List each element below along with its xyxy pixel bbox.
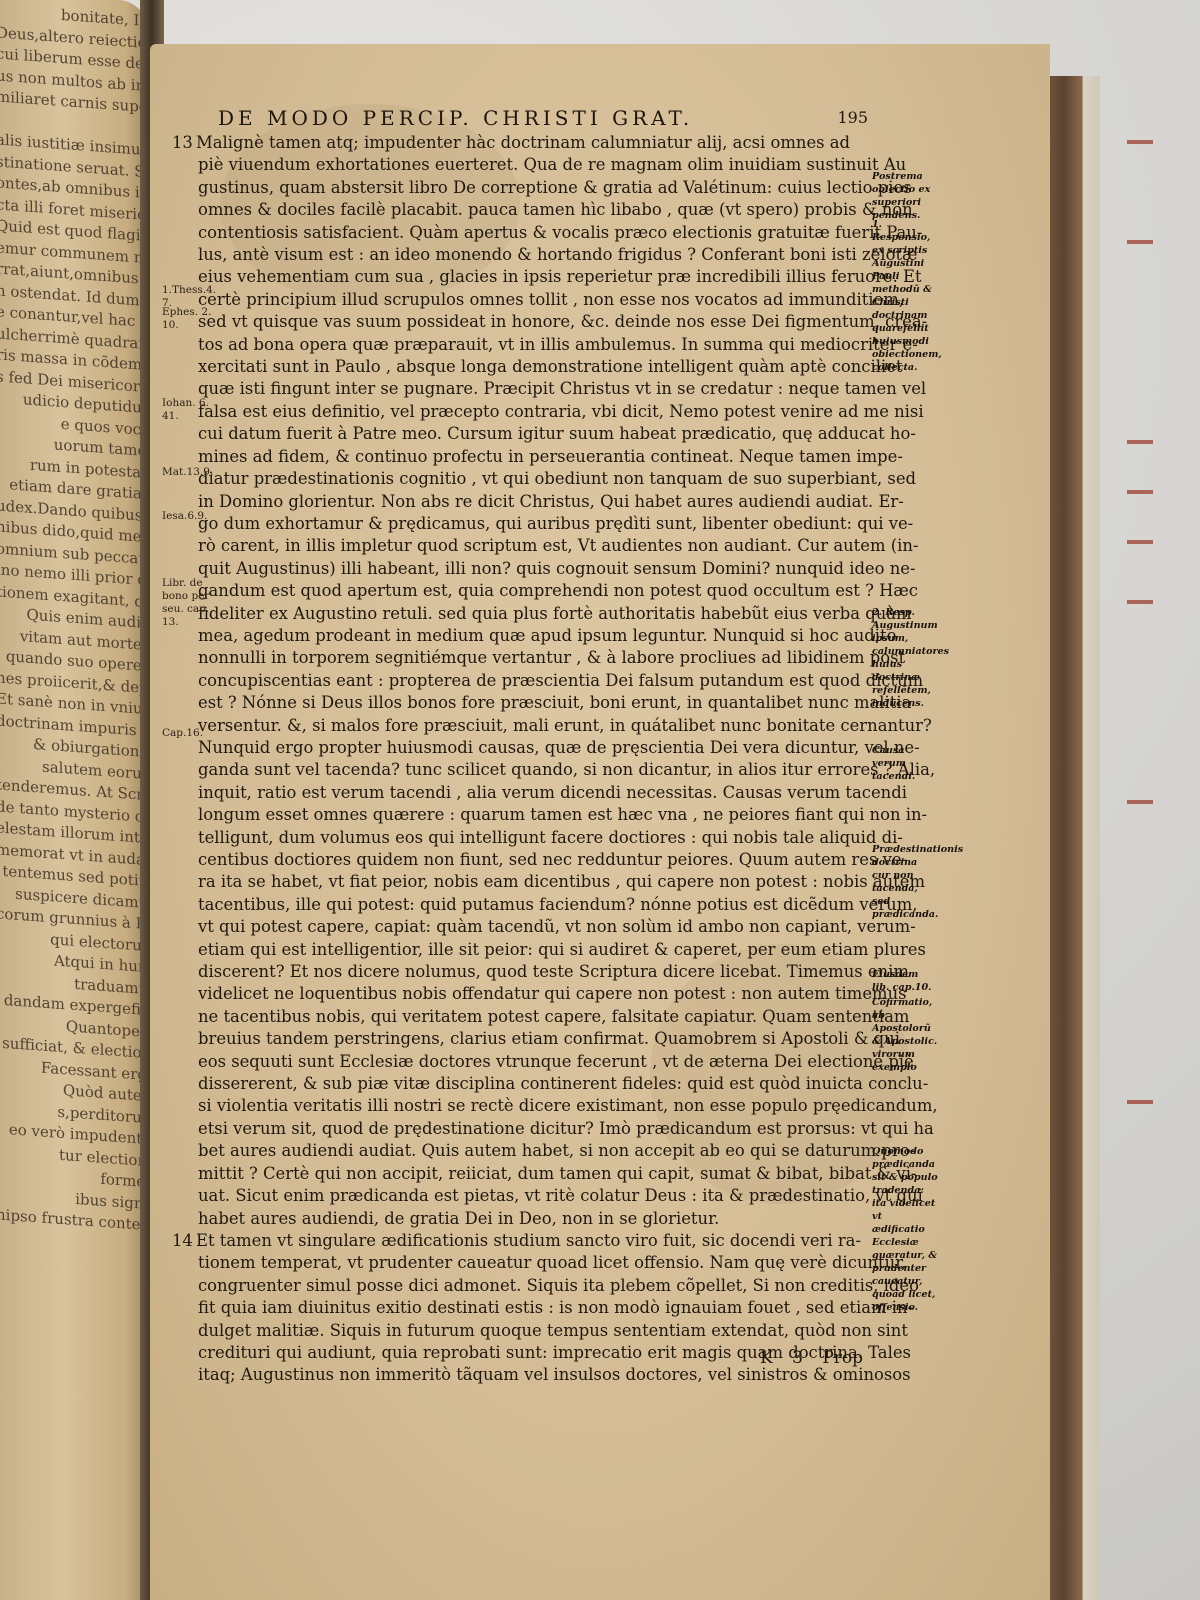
paragraph-number: 14 (172, 1230, 196, 1252)
running-head-title: DE MODO PERCIP. CHRISTI GRAT. (218, 106, 693, 130)
scripture-reference: Iesa.6.9. (162, 510, 222, 523)
text-line: falsa est eius definitio, vel præcepto c… (198, 401, 850, 423)
text-line: longum esset omnes quærere : quarum tame… (198, 804, 850, 826)
text-line: gandum est quod apertum est, quia compre… (198, 580, 850, 602)
text-line-content: tacentibus, ille qui potest: quid putamu… (198, 895, 917, 914)
text-line-content: versentur. &, si malos fore præsciuit, m… (198, 716, 932, 735)
text-line-content: ne tacentibus nobis, qui veritatem potes… (198, 1007, 909, 1026)
text-line-content: tos ad bona opera quæ præparauit, vt in … (198, 335, 918, 354)
text-line: concupiscentias eant : propterea de præs… (198, 670, 850, 692)
text-line-content: quit Augustinus) illi habeant, illi non?… (198, 559, 916, 578)
text-line-content: itaq; Augustinus non immeritò tãquam vel… (198, 1365, 911, 1384)
text-line: dissererent, & sub piæ vitæ disciplina c… (198, 1073, 850, 1095)
text-line: breuius tandem perstringens, clarius eti… (198, 1028, 850, 1050)
page-number: 195 (837, 108, 868, 127)
text-line: discerent? Et nos dicere nolumus, quod t… (198, 961, 850, 983)
text-line-content: contentiosis satisfacient. Quàm apertus … (198, 223, 922, 242)
text-line-content: mea, agedum prodeant in medium quæ apud … (198, 626, 896, 645)
marginal-note: 2. Resp. Augustinum ipsum, calumniatores… (872, 606, 938, 710)
text-line-content: cui datum fuerit à Patre meo. Cursum igi… (198, 424, 916, 443)
text-line-content: falsa est eius definitio, vel præcepto c… (198, 402, 924, 421)
text-line-content: quæ isti fingunt inter se pugnare. Præci… (198, 379, 926, 398)
text-line-content: fideliter ex Augustino retuli. sed quia … (198, 604, 912, 623)
text-line-content: ra ita se habet, vt fiat peior, nobis ea… (198, 872, 925, 891)
text-line-content: videlicet ne loquentibus nobis offendatu… (198, 984, 907, 1003)
text-line-content: vt qui potest capere, capiat: quàm tacen… (198, 917, 916, 936)
text-line-content: lus, antè visum est : an ideo monendo & … (198, 245, 917, 264)
text-line-content: bet aures audiendi audiat. Quis autem ha… (198, 1141, 915, 1160)
text-line-content: uat. Sicut enim prædicanda est pietas, v… (198, 1186, 923, 1205)
text-line: lus, antè visum est : an ideo monendo & … (198, 244, 850, 266)
text-line: mines ad fidem, & continuo profectu in p… (198, 446, 850, 468)
text-line-content: certè principium illud scrupulos omnes t… (198, 290, 904, 309)
left-page-text: bonitate, III.Deus,altero reiectio,id ho… (0, 0, 156, 1237)
text-line: omnes & dociles facilè placabit. pauca t… (198, 199, 850, 221)
text-line-content: centibus doctiores quidem non fiunt, sed… (198, 850, 907, 869)
text-line: inquit, ratio est verum tacendi , alia v… (198, 782, 850, 804)
text-line-content: eos sequuti sunt Ecclesiæ doctores vtrun… (198, 1052, 914, 1071)
text-line-content: in Domino glorientur. Non abs re dicit C… (198, 492, 904, 511)
scripture-reference: Libr. de bono per seu. cap. 13. (162, 577, 222, 629)
marginal-note: Causa verum tacendi. (872, 744, 938, 783)
text-line: diatur prædestinationis cognitio , vt qu… (198, 468, 850, 490)
text-line-content: mines ad fidem, & continuo profectu in p… (198, 447, 903, 466)
text-line: si violentia veritatis illi nostri se re… (198, 1095, 850, 1117)
text-line: ra ita se habet, vt fiat peior, nobis ea… (198, 871, 850, 893)
text-line: fideliter ex Augustino retuli. sed quia … (198, 603, 850, 625)
marginal-note: Prædestinationis doctrina cur non tacend… (872, 843, 938, 921)
text-line: fit quia iam diuinitus exitio destinati … (198, 1297, 850, 1319)
text-line: Nunquid ergo propter huiusmodi causas, q… (198, 737, 850, 759)
text-line: go dum exhortamur & prędicamus, qui auri… (198, 513, 850, 535)
scripture-reference: Ephes. 2. 10. (162, 306, 222, 332)
text-line-content: fit quia iam diuinitus exitio destinati … (198, 1298, 913, 1317)
scripture-reference: Iohan. 6. 41. (162, 397, 222, 423)
text-line: contentiosis satisfacient. Quàm apertus … (198, 222, 850, 244)
text-line: piè viuendum exhortationes euerteret. Qu… (198, 154, 850, 176)
marginal-note: Eiusdem lib. cap.10. (872, 968, 938, 994)
text-line: xercitati sunt in Paulo , absque longa d… (198, 356, 850, 378)
text-line: videlicet ne loquentibus nobis offendatu… (198, 983, 850, 1005)
text-line: eius vehementiam cum sua , glacies in ip… (198, 266, 850, 288)
text-line: telligunt, dum volumus eos qui intelligu… (198, 827, 850, 849)
text-line: etiam qui est intelligentior, ille sit p… (198, 939, 850, 961)
text-line: dulget malitiæ. Siquis in futurum quoque… (198, 1320, 850, 1342)
text-line: eos sequuti sunt Ecclesiæ doctores vtrun… (198, 1051, 850, 1073)
text-line-content: telligunt, dum volumus eos qui intelligu… (198, 828, 903, 847)
text-line-content: discerent? Et nos dicere nolumus, quod t… (198, 962, 909, 981)
marginal-note: Cõfirmatio, ab Apostolorũ & Apostolic. v… (872, 996, 938, 1074)
signature-mark: K 3 (760, 1348, 803, 1368)
text-line-content: rò carent, in illis impletur quod script… (198, 536, 918, 555)
text-line: gustinus, quam abstersit libro De correp… (198, 177, 850, 199)
text-line-content: inquit, ratio est verum tacendi , alia v… (198, 783, 907, 802)
text-line-content: Nunquid ergo propter huiusmodi causas, q… (198, 738, 920, 757)
text-line-content: habet aures audiendi, de gratia Dei in D… (198, 1209, 719, 1228)
text-line-content: eius vehementiam cum sua , glacies in ip… (198, 267, 922, 286)
text-line-content: xercitati sunt in Paulo , absque longa d… (198, 357, 902, 376)
text-line: ne tacentibus nobis, qui veritatem potes… (198, 1006, 850, 1028)
text-line-content: omnes & dociles facilè placabit. pauca t… (198, 200, 913, 219)
text-line-content: etiam qui est intelligentior, ille sit p… (198, 940, 926, 959)
text-line: habet aures audiendi, de gratia Dei in D… (198, 1208, 850, 1230)
signature-and-catchword: K 3 Prop (760, 1348, 863, 1368)
text-line: est ? Nónne si Deus illos bonos fore præ… (198, 692, 850, 714)
text-line: mea, agedum prodeant in medium quæ apud … (198, 625, 850, 647)
catchword: Prop (822, 1348, 863, 1368)
text-line-content: dulget malitiæ. Siquis in futurum quoque… (198, 1321, 908, 1340)
text-line: tos ad bona opera quæ præparauit, vt in … (198, 334, 850, 356)
text-line-content: tionem temperat, vt prudenter caueatur q… (198, 1253, 906, 1272)
marginal-note: 1. Responsio, ex scriptis Augustini Paul… (872, 218, 938, 374)
text-line: vt qui potest capere, capiat: quàm tacen… (198, 916, 850, 938)
text-line-content: Malignè tamen atq; impudenter hàc doctri… (196, 133, 850, 152)
text-line: nonnulli in torporem segnitiémque vertan… (198, 647, 850, 669)
text-line: mittit ? Certè qui non accipit, reiiciat… (198, 1163, 850, 1185)
text-line: tionem temperat, vt prudenter caueatur q… (198, 1252, 850, 1274)
text-line: 14Et tamen vt singulare ædificationis st… (172, 1230, 850, 1252)
text-line: quit Augustinus) illi habeant, illi non?… (198, 558, 850, 580)
text-line-content: etsi verum sit, quod de prędestinatione … (198, 1119, 934, 1138)
left-page: bonitate, III.Deus,altero reiectio,id ho… (0, 0, 158, 1600)
text-line-content: gandum est quod apertum est, quia compre… (198, 581, 918, 600)
text-line: congruenter simul posse dici admonet. Si… (198, 1275, 850, 1297)
text-line: tacentibus, ille qui potest: quid putamu… (198, 894, 850, 916)
text-line: itaq; Augustinus non immeritò tãquam vel… (198, 1364, 850, 1386)
text-line: versentur. &, si malos fore præsciuit, m… (198, 715, 850, 737)
text-line: sed vt quisque vas suum possideat in hon… (198, 311, 850, 333)
text-line: 13Malignè tamen atq; impudenter hàc doct… (172, 132, 850, 154)
text-line: credituri qui audiunt, quia reprobati su… (198, 1342, 850, 1364)
body-text: 13Malignè tamen atq; impudenter hàc doct… (198, 132, 850, 1387)
scripture-reference: Mat.13.9. (162, 466, 222, 479)
spine-red-bands (1127, 100, 1155, 1600)
text-line: etsi verum sit, quod de prędestinatione … (198, 1118, 850, 1140)
text-line-content: mittit ? Certè qui non accipit, reiiciat… (198, 1164, 916, 1183)
text-line-content: dissererent, & sub piæ vitæ disciplina c… (198, 1074, 928, 1093)
text-line-content: breuius tandem perstringens, clarius eti… (198, 1029, 900, 1048)
text-line: rò carent, in illis impletur quod script… (198, 535, 850, 557)
text-line-content: si violentia veritatis illi nostri se re… (198, 1096, 938, 1115)
text-line: uat. Sicut enim prædicanda est pietas, v… (198, 1185, 850, 1207)
text-line: quæ isti fingunt inter se pugnare. Præci… (198, 378, 850, 400)
marginal-note: Postrema obiectio ex superiori pendens. (872, 170, 938, 222)
running-head: DE MODO PERCIP. CHRISTI GRAT. 195 (218, 106, 858, 130)
text-line-content: sed vt quisque vas suum possideat in hon… (198, 312, 927, 331)
text-line-content: longum esset omnes quærere : quarum tame… (198, 805, 927, 824)
text-line-content: est ? Nónne si Deus illos bonos fore præ… (198, 693, 911, 712)
text-line-content: nonnulli in torporem segnitiémque vertan… (198, 648, 905, 667)
text-line: bet aures audiendi audiat. Quis autem ha… (198, 1140, 850, 1162)
text-line: ganda sunt vel tacenda? tunc scilicet qu… (198, 759, 850, 781)
text-line-content: gustinus, quam abstersit libro De correp… (198, 178, 912, 197)
text-line: certè principium illud scrupulos omnes t… (198, 289, 850, 311)
text-line-content: Et tamen vt singulare ædificationis stud… (196, 1231, 861, 1250)
text-line: in Domino glorientur. Non abs re dicit C… (198, 491, 850, 513)
text-line-content: ganda sunt vel tacenda? tunc scilicet qu… (198, 760, 935, 779)
text-line-content: go dum exhortamur & prędicamus, qui auri… (198, 514, 913, 533)
scripture-reference: Cap.16. (162, 727, 222, 740)
paragraph-number: 13 (172, 132, 196, 154)
text-line: centibus doctiores quidem non fiunt, sed… (198, 849, 850, 871)
text-line-content: piè viuendum exhortationes euerteret. Qu… (198, 155, 906, 174)
text-line-content: concupiscentias eant : propterea de præs… (198, 671, 923, 690)
marginal-note: Quomodo prædicanda sit & populo tradenda… (872, 1145, 938, 1314)
text-line-content: congruenter simul posse dici admonet. Si… (198, 1276, 919, 1295)
text-line: cui datum fuerit à Patre meo. Cursum igi… (198, 423, 850, 445)
text-line-content: diatur prædestinationis cognitio , vt qu… (198, 469, 916, 488)
